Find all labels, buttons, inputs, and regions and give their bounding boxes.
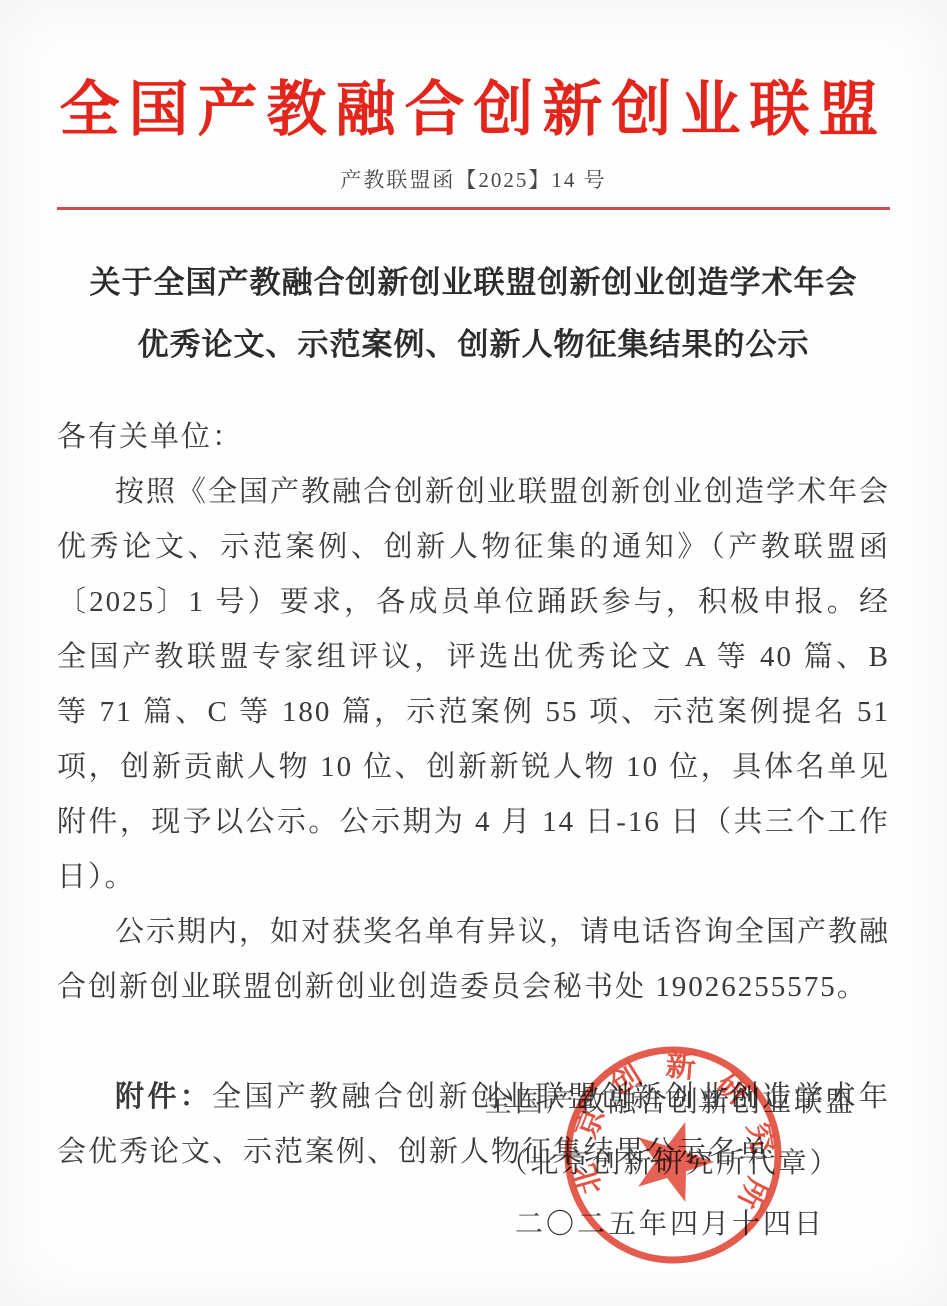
attachment-label: 附件： xyxy=(115,1081,212,1113)
signature-block: 全国产教融合创新创业联盟 （北京创新研究所代章） 二〇二五年四月十四日 xyxy=(468,1072,872,1255)
document-title-line2: 优秀论文、示范案例、创新人物征集结果的公示 xyxy=(0,314,947,376)
signature-date: 二〇二五年四月十四日 xyxy=(468,1194,872,1255)
salutation: 各有关单位： xyxy=(57,410,890,465)
signature-org: 全国产教融合创新创业联盟 xyxy=(468,1072,872,1133)
red-letterhead-org-title: 全国产教融合创新创业联盟 xyxy=(0,0,947,148)
official-document-page: 全国产教融合创新创业联盟 产教联盟函【2025】14 号 关于全国产教融合创新创… xyxy=(0,0,947,1306)
signature-agent-note: （北京创新研究所代章） xyxy=(468,1133,872,1194)
document-number: 产教联盟函【2025】14 号 xyxy=(0,164,947,194)
document-title: 关于全国产教融合创新创业联盟创新创业创造学术年会 优秀论文、示范案例、创新人物征… xyxy=(0,252,947,376)
document-body: 各有关单位： 按照《全国产教融合创新创业联盟创新创业创造学术年会优秀论文、示范案… xyxy=(57,410,890,1180)
document-title-line1: 关于全国产教融合创新创业联盟创新创业创造学术年会 xyxy=(0,252,947,314)
red-divider-line xyxy=(57,207,890,210)
body-paragraph: 按照《全国产教融合创新创业联盟创新创业创造学术年会优秀论文、示范案例、创新人物征… xyxy=(57,465,890,905)
body-paragraph: 公示期内，如对获奖名单有异议，请电话咨询全国产教融合创新创业联盟创新创业创造委员… xyxy=(57,905,890,1015)
